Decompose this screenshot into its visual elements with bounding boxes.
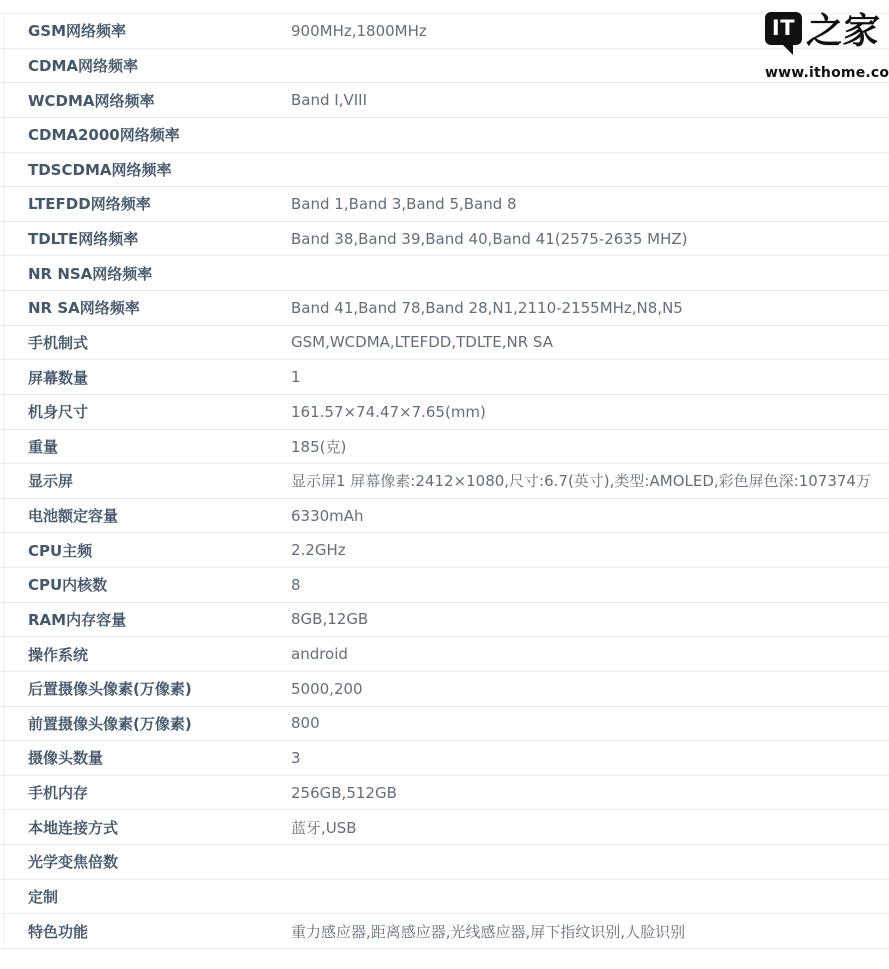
spec-row: 手机内存256GB,512GB (0, 776, 889, 811)
spec-label: 重量 (0, 436, 263, 457)
spec-value: Band Ⅰ,VIII (263, 91, 889, 109)
spec-label: 手机制式 (0, 332, 263, 353)
spec-row: LTEFDD网络频率Band 1,Band 3,Band 5,Band 8 (0, 187, 889, 222)
spec-row: NR NSA网络频率 (0, 256, 889, 291)
spec-value: 8GB,12GB (263, 610, 889, 628)
spec-label: 屏幕数量 (0, 367, 263, 388)
spec-row: CDMA网络频率 (0, 49, 889, 84)
spec-value: 1 (263, 368, 889, 386)
spec-value: 5000,200 (263, 680, 889, 698)
spec-value: 800 (263, 714, 889, 732)
logo-zhijia-text: 之家 (805, 12, 881, 52)
spec-row: CPU内核数8 (0, 568, 889, 603)
spec-value: 185(克) (263, 436, 889, 457)
spec-value: 2.2GHz (263, 541, 889, 559)
spec-label: 本地连接方式 (0, 817, 263, 838)
spec-row: 特色功能重力感应器,距离感应器,光线感应器,屏下指纹识别,人脸识别 (0, 914, 889, 949)
spec-label: 前置摄像头像素(万像素) (0, 713, 263, 734)
spec-row: WCDMA网络频率Band Ⅰ,VIII (0, 83, 889, 118)
spec-label: CDMA2000网络频率 (0, 124, 263, 145)
spec-row: 本地连接方式蓝牙,USB (0, 810, 889, 845)
spec-row: 后置摄像头像素(万像素)5000,200 (0, 672, 889, 707)
spec-value: 重力感应器,距离感应器,光线感应器,屏下指纹识别,人脸识别 (263, 921, 889, 942)
spec-value: 蓝牙,USB (263, 817, 889, 838)
spec-label: 光学变焦倍数 (0, 851, 263, 872)
logo-it-text: IT (772, 18, 795, 39)
spec-row: CDMA2000网络频率 (0, 118, 889, 153)
spec-row: TDSCDMA网络频率 (0, 153, 889, 188)
ithome-logo-graphic: IT 之家 (765, 12, 885, 60)
spec-label: TDSCDMA网络频率 (0, 159, 263, 180)
spec-label: 后置摄像头像素(万像素) (0, 678, 263, 699)
spec-row: 屏幕数量1 (0, 360, 889, 395)
spec-row: TDLTE网络频率Band 38,Band 39,Band 40,Band 41… (0, 222, 889, 257)
spec-label: NR SA网络频率 (0, 297, 263, 318)
spec-value: Band 1,Band 3,Band 5,Band 8 (263, 195, 889, 213)
spec-label: 显示屏 (0, 470, 263, 491)
spec-label: 摄像头数量 (0, 747, 263, 768)
spec-label: GSM网络频率 (0, 20, 263, 41)
spec-value: 8 (263, 576, 889, 594)
spec-value: 161.57×74.47×7.65(mm) (263, 403, 889, 421)
spec-row: 摄像头数量3 (0, 741, 889, 776)
spec-row: NR SA网络频率Band 41,Band 78,Band 28,N1,2110… (0, 291, 889, 326)
page: { "branding": { "logo_it": "IT", "logo_s… (0, 0, 889, 969)
spec-row: 重量185(克) (0, 430, 889, 465)
spec-row: 操作系统android (0, 637, 889, 672)
spec-row: 电池额定容量6330mAh (0, 499, 889, 534)
it-speech-bubble-icon: IT (765, 12, 802, 45)
spec-label: LTEFDD网络频率 (0, 193, 263, 214)
spec-value: 6330mAh (263, 507, 889, 525)
spec-row: 机身尺寸161.57×74.47×7.65(mm) (0, 395, 889, 430)
site-url: www.ithome.com (765, 65, 885, 81)
spec-label: CPU主频 (0, 540, 263, 561)
spec-value: 显示屏1 屏幕像素:2412×1080,尺寸:6.7(英寸),类型:AMOLED… (263, 470, 889, 491)
spec-value: android (263, 645, 889, 663)
spec-label: 特色功能 (0, 921, 263, 942)
spec-row: 显示屏显示屏1 屏幕像素:2412×1080,尺寸:6.7(英寸),类型:AMO… (0, 464, 889, 499)
spec-label: CDMA网络频率 (0, 55, 263, 76)
spec-value: Band 41,Band 78,Band 28,N1,2110-2155MHz,… (263, 299, 889, 317)
spec-row: 定制 (0, 880, 889, 915)
spec-label: RAM内存容量 (0, 609, 263, 630)
spec-row: GSM网络频率900MHz,1800MHz (0, 14, 889, 49)
spec-row: CPU主频2.2GHz (0, 533, 889, 568)
spec-value: 3 (263, 749, 889, 767)
spec-label: 操作系统 (0, 644, 263, 665)
spec-label: 定制 (0, 886, 263, 907)
spec-row: 前置摄像头像素(万像素)800 (0, 707, 889, 742)
spec-value: 256GB,512GB (263, 784, 889, 802)
spec-row: 光学变焦倍数 (0, 845, 889, 880)
speech-bubble-tail (782, 44, 793, 55)
ithome-logo: IT 之家 www.ithome.com (765, 12, 885, 81)
spec-table: GSM网络频率900MHz,1800MHzCDMA网络频率WCDMA网络频率Ba… (0, 13, 889, 949)
spec-row: RAM内存容量8GB,12GB (0, 603, 889, 638)
table-left-border (4, 14, 5, 949)
spec-label: 机身尺寸 (0, 401, 263, 422)
spec-label: NR NSA网络频率 (0, 263, 263, 284)
spec-label: 手机内存 (0, 782, 263, 803)
spec-label: WCDMA网络频率 (0, 90, 263, 111)
spec-label: 电池额定容量 (0, 505, 263, 526)
spec-row: 手机制式GSM,WCDMA,LTEFDD,TDLTE,NR SA (0, 326, 889, 361)
spec-value: GSM,WCDMA,LTEFDD,TDLTE,NR SA (263, 333, 889, 351)
spec-label: TDLTE网络频率 (0, 228, 263, 249)
spec-value: Band 38,Band 39,Band 40,Band 41(2575-263… (263, 230, 889, 248)
spec-label: CPU内核数 (0, 574, 263, 595)
